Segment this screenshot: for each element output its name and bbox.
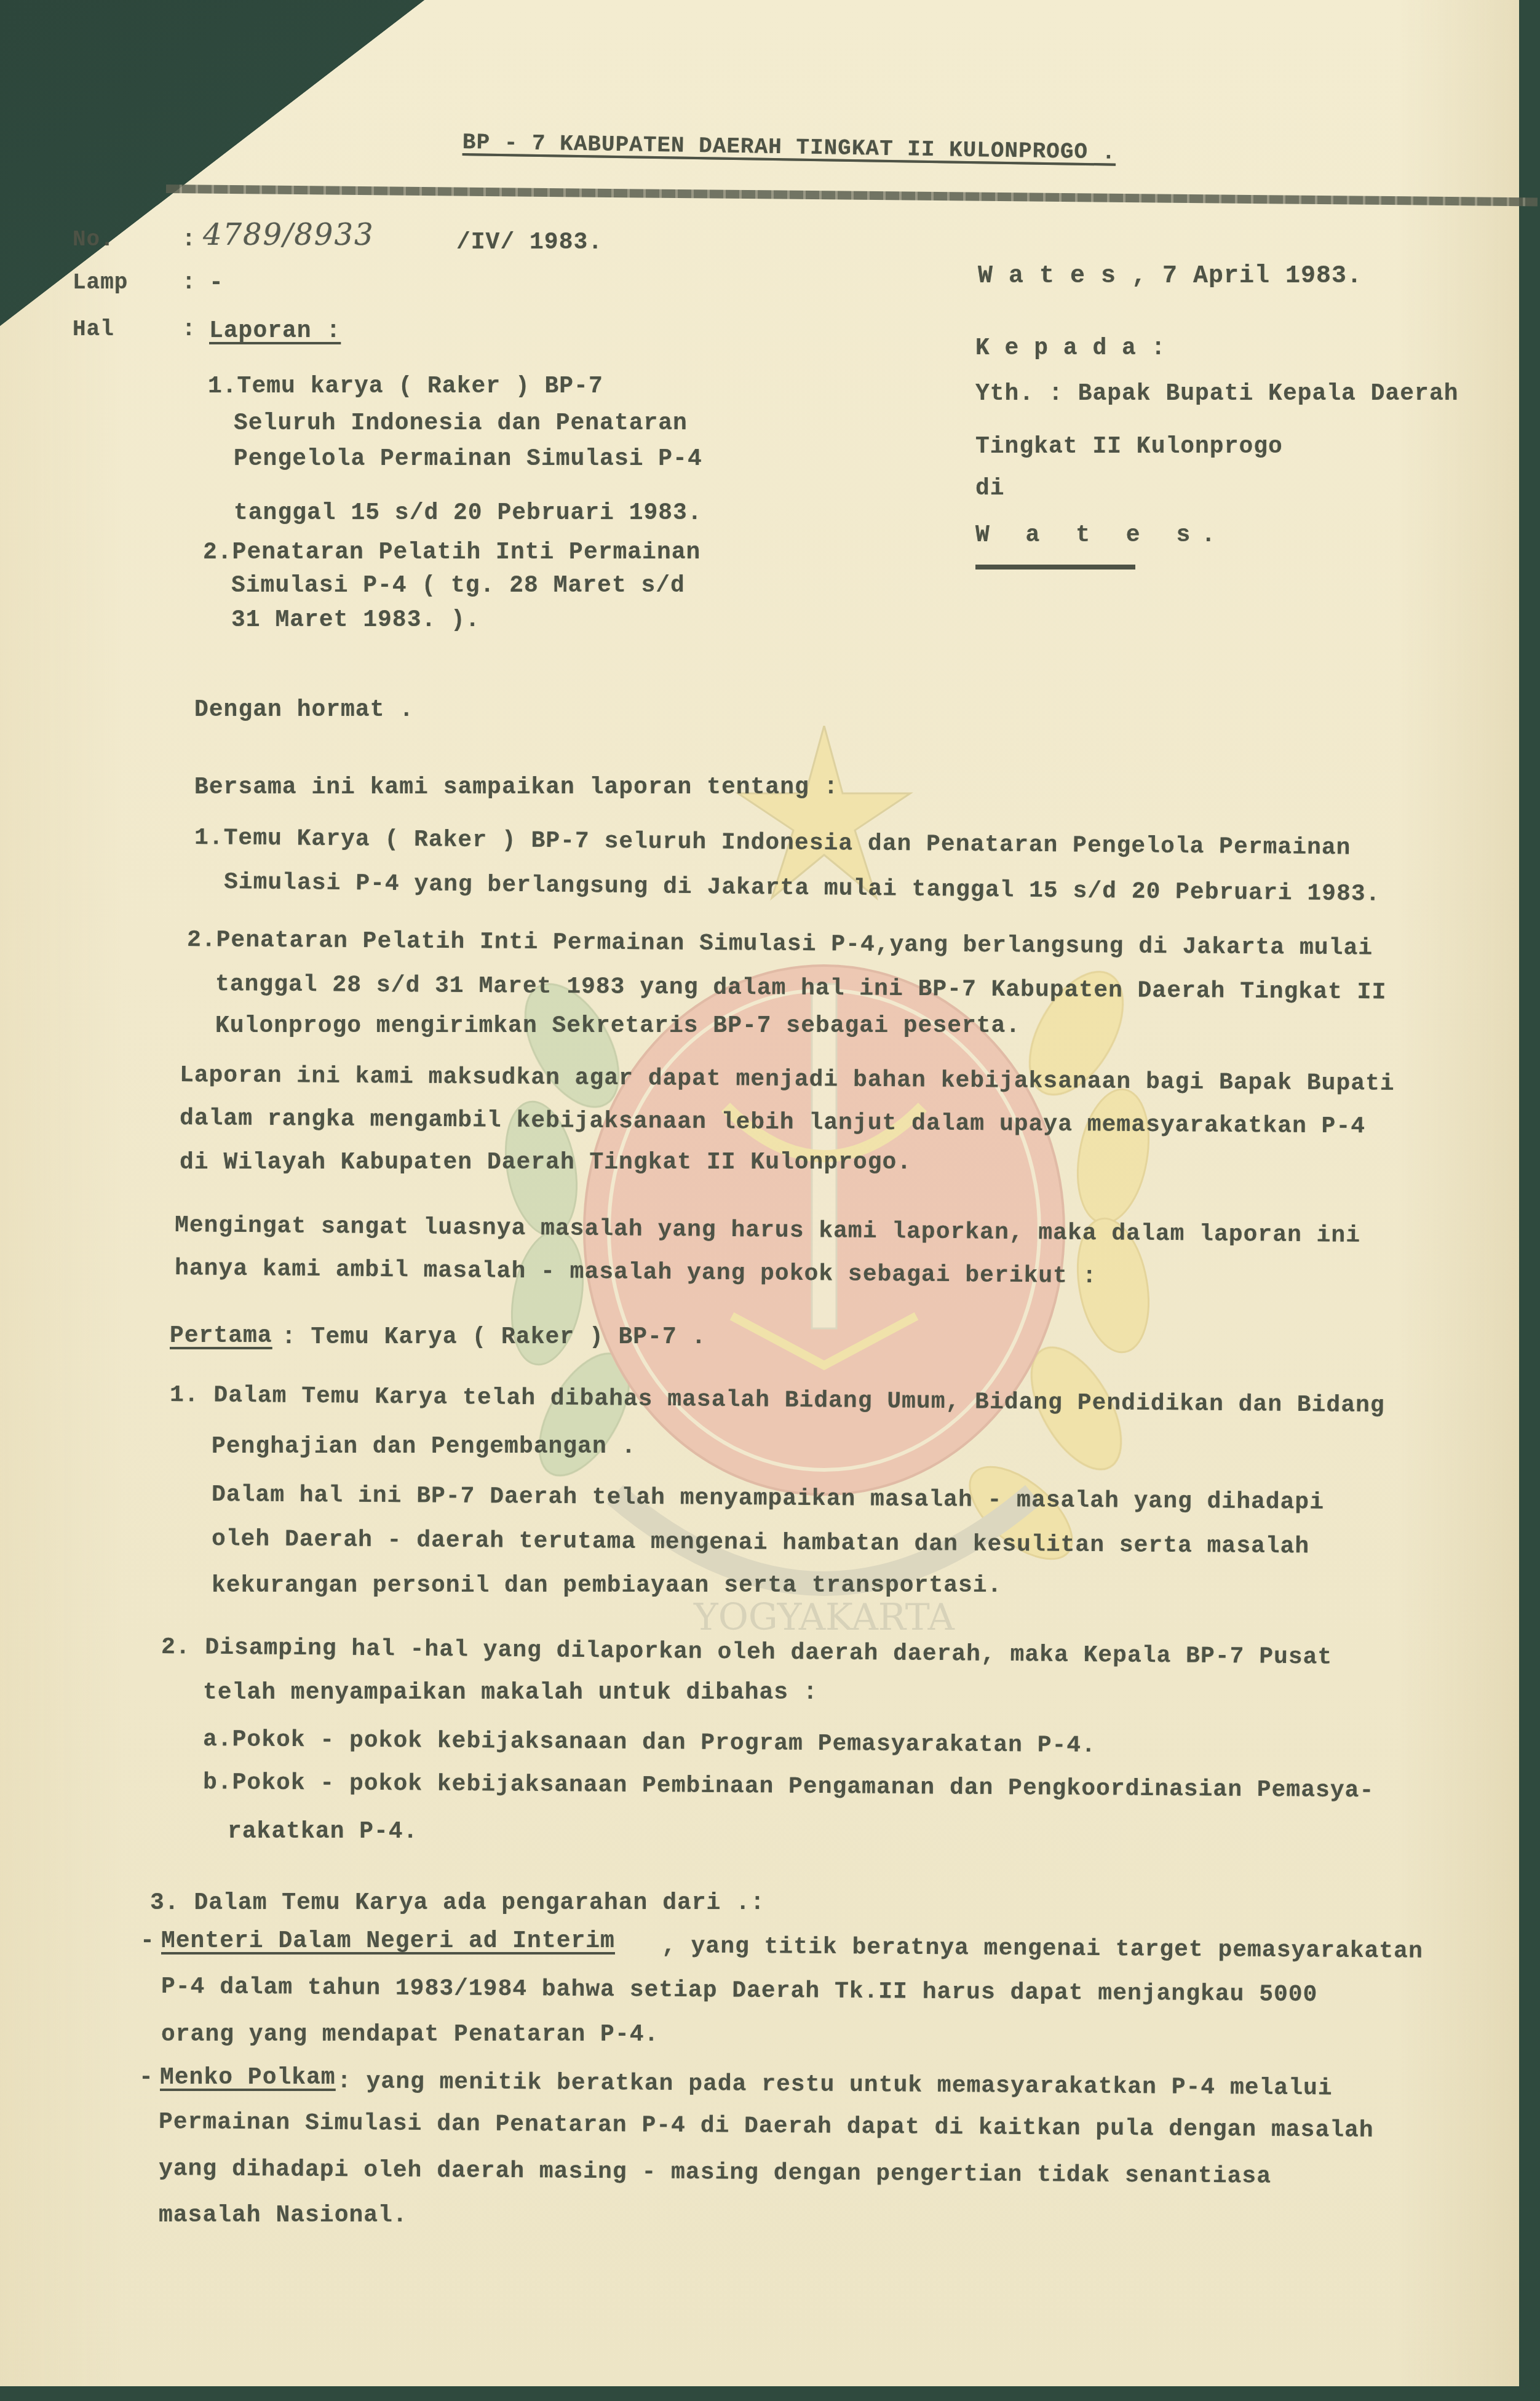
- salutation: Dengan hormat .: [194, 699, 414, 722]
- point-1-line: kekurangan personil dan pembiayaan serta…: [212, 1574, 1002, 1598]
- directive-2-line: yang dihadapi oleh daerah masing - masin…: [159, 2157, 1271, 2189]
- point-3-intro: 3. Dalam Temu Karya ada pengarahan dari …: [150, 1892, 765, 1915]
- hal-label: Hal: [73, 319, 114, 341]
- recipient-line: di: [975, 477, 1005, 501]
- point-2-line: 2. Disamping hal -hal yang dilaporkan ol…: [161, 1636, 1333, 1670]
- directive-2-bullet: -: [139, 2066, 154, 2090]
- purpose-line: dalam rangka mengambil kebijaksanaan leb…: [180, 1107, 1365, 1138]
- point-1-line: Penghajian dan Pengembangan .: [212, 1435, 636, 1459]
- letterhead-divider: [166, 185, 1538, 206]
- hal-item-line: Seluruh Indonesia dan Penataran: [234, 412, 688, 435]
- lampiran-value: -: [209, 272, 224, 295]
- nomor-label: No.: [73, 229, 114, 251]
- point-2-sub-b: b.Pokok - pokok kebijaksanaan Pembinaan …: [203, 1771, 1375, 1803]
- topic-2-line: 2.Penataran Pelatih Inti Permainan Simul…: [187, 929, 1373, 960]
- topic-1-line: Simulasi P-4 yang berlangsung di Jakarta…: [224, 871, 1381, 907]
- topic-2-line: tanggal 28 s/d 31 Maret 1983 yang dalam …: [215, 973, 1387, 1004]
- recipient-city: W a t e s.: [975, 524, 1226, 547]
- nomor-handwritten: 4789/8933: [203, 220, 374, 250]
- point-2-sub-b-cont: rakatkan P-4.: [228, 1820, 418, 1844]
- hal-item-line: tanggal 15 s/d 20 Pebruari 1983.: [234, 502, 702, 525]
- section-heading-label: Pertama: [170, 1325, 272, 1348]
- directive-2-source: Menko Polkam: [160, 2066, 336, 2090]
- directive-2-line: : yang menitik beratkan pada restu untuk…: [337, 2070, 1333, 2100]
- point-1-line: 1. Dalam Temu Karya telah dibahas masala…: [170, 1384, 1385, 1418]
- topic-2-line: Kulonprogo mengirimkan Sekretaris BP-7 s…: [215, 1015, 1020, 1038]
- directive-1-line: P-4 dalam tahun 1983/1984 bahwa setiap D…: [161, 1975, 1318, 2007]
- kepada-label: K e p a d a :: [975, 337, 1165, 360]
- recipient-line: Tingkat II Kulonprogo: [975, 435, 1283, 459]
- hal-colon: :: [182, 319, 196, 341]
- hal-item-line: Simulasi P-4 ( tg. 28 Maret s/d: [231, 574, 685, 598]
- lampiran-label: Lamp: [73, 272, 128, 294]
- point-2-line: telah menyampaikan makalah untuk dibahas…: [203, 1681, 818, 1705]
- section-heading-rest: : Temu Karya ( Raker ) BP-7 .: [282, 1326, 706, 1349]
- nomor-typed: /IV/ 1983.: [456, 231, 603, 255]
- letterhead-title: BP - 7 KABUPATEN DAERAH TINGKAT II KULON…: [462, 132, 1116, 164]
- recipient-underline: [975, 565, 1135, 569]
- directive-2-line: masalah Nasional.: [159, 2204, 408, 2228]
- hal-value: Laporan :: [209, 320, 341, 343]
- lampiran-colon: :: [182, 272, 196, 294]
- hal-item-line: 31 Maret 1983. ).: [231, 609, 480, 632]
- point-2-sub-a: a.Pokok - pokok kebijaksanaan dan Progra…: [203, 1728, 1096, 1758]
- recipient-line: Yth. : Bapak Bupati Kepala Daerah: [975, 383, 1459, 406]
- letter-content: BP - 7 KABUPATEN DAERAH TINGKAT II KULON…: [0, 0, 1540, 2401]
- place-date: W a t e s , 7 April 1983.: [978, 264, 1362, 289]
- topic-1-line: 1.Temu Karya ( Raker ) BP-7 seluruh Indo…: [194, 827, 1351, 860]
- intro-paragraph: Bersama ini kami sampaikan laporan tenta…: [194, 776, 838, 800]
- hal-item-line: 1.Temu karya ( Raker ) BP-7: [208, 375, 603, 399]
- purpose-line: di Wilayah Kabupaten Daerah Tingkat II K…: [180, 1151, 911, 1175]
- purpose-line: Laporan ini kami maksudkan agar dapat me…: [180, 1064, 1395, 1096]
- directive-1-line: orang yang mendapat Penataran P-4.: [161, 2023, 659, 2047]
- nomor-colon: :: [182, 229, 196, 251]
- scope-line: Mengingat sangat luasnya masalah yang ha…: [175, 1214, 1360, 1248]
- directive-1-bullet: -: [140, 1930, 155, 1953]
- directive-2-line: Permainan Simulasi dan Penataran P-4 di …: [159, 2111, 1374, 2143]
- hal-item-line: Pengelola Permainan Simulasi P-4: [234, 448, 702, 471]
- hal-item-line: 2.Penataran Pelatih Inti Permainan: [203, 541, 701, 565]
- directive-1-source: Menteri Dalam Negeri ad Interim: [161, 1930, 615, 1953]
- scope-line: hanya kami ambil masalah - masalah yang …: [175, 1257, 1097, 1288]
- directive-1-line: , yang titik beratnya mengenai target pe…: [662, 1935, 1423, 1964]
- point-1-line: Dalam hal ini BP-7 Daerah telah menyampa…: [212, 1483, 1324, 1515]
- point-1-line: oleh Daerah - daerah terutama mengenai h…: [212, 1528, 1310, 1558]
